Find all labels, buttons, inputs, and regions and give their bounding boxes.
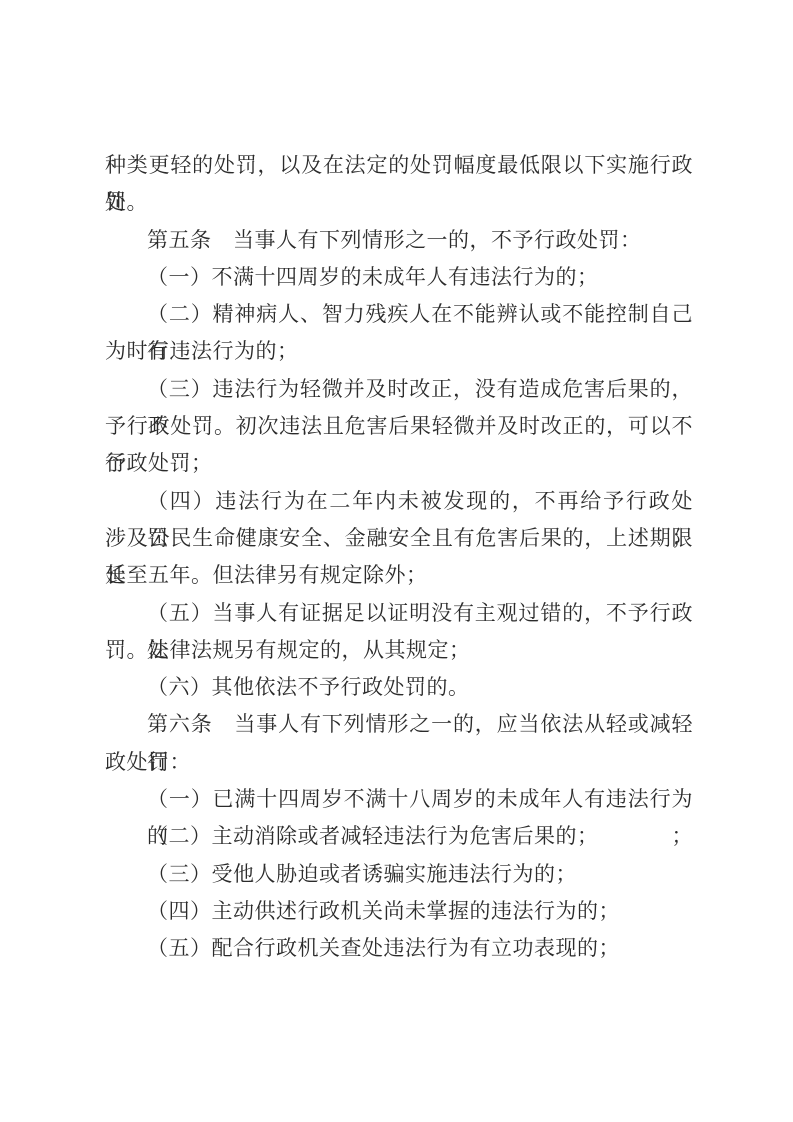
document-line: 长至五年。但法律另有规定除外； — [105, 557, 693, 594]
document-line: 罚。 — [105, 184, 693, 221]
document-line: 第六条 当事人有下列情形之一的，应当依法从轻或减轻行 — [105, 706, 693, 743]
document-line: （一）不满十四周岁的未成年人有违法行为的； — [105, 259, 693, 296]
document-line: （一）已满十四周岁不满十八周岁的未成年人有违法行为的； — [105, 781, 693, 818]
document-line: （四）违法行为在二年内未被发现的，不再给予行政处罚； — [105, 483, 693, 520]
document-line: 予行政处罚。初次违法且危害后果轻微并及时改正的，可以不予 — [105, 408, 693, 445]
document-line: （二）精神病人、智力残疾人在不能辨认或不能控制自己行 — [105, 296, 693, 333]
document-line: 为时有违法行为的； — [105, 333, 693, 370]
document-line: （五）配合行政机关查处违法行为有立功表现的； — [105, 930, 693, 967]
document-line: 涉及公民生命健康安全、金融安全且有危害后果的，上述期限延 — [105, 520, 693, 557]
document-page: 种类更轻的处罚，以及在法定的处罚幅度最低限以下实施行政处罚。第五条 当事人有下列… — [0, 0, 793, 1122]
document-text-block: 种类更轻的处罚，以及在法定的处罚幅度最低限以下实施行政处罚。第五条 当事人有下列… — [105, 147, 693, 968]
document-line: （四）主动供述行政机关尚未掌握的违法行为的； — [105, 893, 693, 930]
document-line: （三）受他人胁迫或者诱骗实施违法行为的； — [105, 856, 693, 893]
document-line: 政处罚： — [105, 744, 693, 781]
document-line: （五）当事人有证据足以证明没有主观过错的，不予行政处 — [105, 595, 693, 632]
document-line: 第五条 当事人有下列情形之一的，不予行政处罚： — [105, 222, 693, 259]
document-line: 罚。法律法规另有规定的，从其规定； — [105, 632, 693, 669]
document-line: （三）违法行为轻微并及时改正，没有造成危害后果的，不 — [105, 371, 693, 408]
document-line: （六）其他依法不予行政处罚的。 — [105, 669, 693, 706]
document-line: 种类更轻的处罚，以及在法定的处罚幅度最低限以下实施行政处 — [105, 147, 693, 184]
document-line: 行政处罚； — [105, 445, 693, 482]
